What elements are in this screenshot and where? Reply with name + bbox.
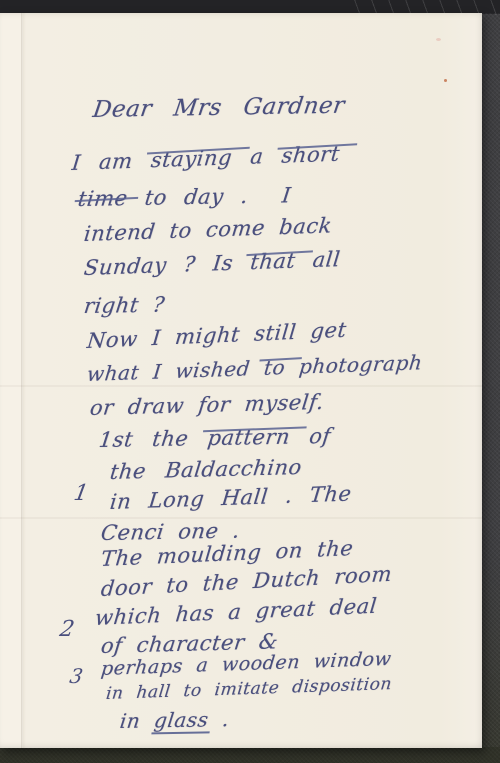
handwritten-line: 1st the pattern of bbox=[98, 424, 333, 452]
photograph: Dear Mrs Gardner I am staying a short ti… bbox=[0, 0, 500, 763]
handwriting-segment: the Baldacchino bbox=[109, 455, 304, 484]
handwriting-segment: I am bbox=[71, 148, 152, 175]
handwritten-line: or draw for myself. bbox=[89, 390, 326, 420]
handwriting-segment: to day . bbox=[126, 184, 249, 210]
handwriting-segment: right ? bbox=[83, 293, 167, 318]
margin-number-1: 1 bbox=[72, 481, 90, 506]
handwriting-segment: Dear Mrs Gardner bbox=[91, 93, 346, 123]
handwritten-line-salutation: Dear Mrs Gardner bbox=[91, 93, 346, 123]
handwriting-segment: time bbox=[77, 186, 130, 211]
horizontal-crease bbox=[0, 385, 482, 387]
handwritten-line: time to day .I bbox=[77, 183, 293, 211]
handwritten-line: Sunday ? Is that all bbox=[83, 247, 342, 280]
handwritten-line: the Baldacchino bbox=[109, 455, 304, 484]
handwritten-line: what I wished to photograph bbox=[86, 350, 424, 386]
handwriting-segment: . bbox=[207, 707, 231, 731]
handwriting-segment: short bbox=[280, 142, 341, 168]
handwriting-segment: which has a great deal bbox=[94, 594, 378, 630]
handwritten-line: I am staying a short bbox=[71, 142, 341, 175]
handwriting-segment: staying bbox=[150, 145, 234, 172]
handwriting-segment: in Long Hall . The bbox=[109, 482, 353, 514]
background-bottom-shadow bbox=[0, 747, 500, 763]
paper-speck bbox=[436, 38, 441, 41]
handwriting-segment: of bbox=[289, 424, 333, 449]
handwriting-segment: all bbox=[294, 247, 341, 273]
handwriting-segment: glass bbox=[153, 707, 210, 732]
handwriting-segment: what I wished bbox=[86, 356, 266, 386]
handwriting-segment: I bbox=[281, 183, 293, 207]
handwritten-line: in hall to imitate disposition bbox=[105, 674, 393, 704]
fold-crease bbox=[21, 13, 23, 748]
handwriting-segment: in bbox=[119, 708, 156, 733]
margin-number-2: 2 bbox=[58, 617, 76, 642]
handwriting-segment: that bbox=[249, 249, 297, 275]
margin-number-3: 3 bbox=[68, 664, 85, 688]
handwritten-line: in Long Hall . The bbox=[109, 482, 353, 514]
handwriting-segment: intend to come back bbox=[83, 213, 333, 246]
handwriting-segment: Now I might still get bbox=[86, 318, 348, 353]
handwriting-segment: or draw for myself. bbox=[89, 390, 326, 420]
handwriting-segment: in hall to imitate disposition bbox=[105, 674, 393, 704]
paper-speck bbox=[444, 79, 447, 82]
handwriting-segment: Sunday ? Is bbox=[83, 250, 252, 280]
handwritten-line: right ? bbox=[83, 293, 167, 318]
handwritten-line: in glass . bbox=[119, 707, 231, 733]
letter-page: Dear Mrs Gardner I am staying a short ti… bbox=[0, 13, 482, 748]
handwritten-line: which has a great deal bbox=[94, 594, 378, 630]
handwritten-line: Now I might still get bbox=[86, 318, 348, 353]
handwriting-segment: photograph bbox=[284, 350, 424, 379]
handwriting-segment: a bbox=[231, 144, 283, 170]
handwritten-line: intend to come back bbox=[83, 213, 333, 246]
handwriting-segment: pattern bbox=[206, 425, 291, 450]
handwriting-segment: 1st the bbox=[98, 426, 210, 452]
